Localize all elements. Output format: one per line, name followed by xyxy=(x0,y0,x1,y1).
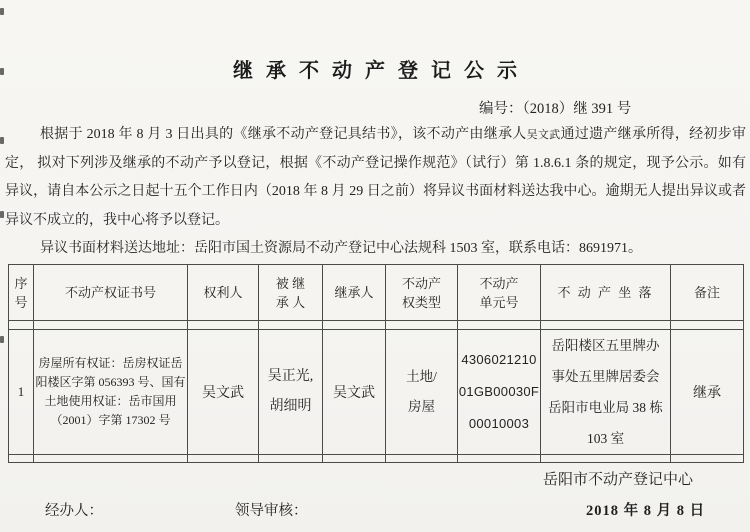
column-header-remark: 备注 xyxy=(671,265,744,321)
column-header-cert-no: 不动产权证书号 xyxy=(34,265,188,321)
separator-row xyxy=(9,455,744,463)
issuing-org: 岳阳市不动产登记中心 xyxy=(543,468,693,489)
column-header-heir: 继承人 xyxy=(323,265,386,321)
scan-artifact xyxy=(0,211,4,218)
doc-number: 编号：（2018）继 391 号 xyxy=(479,97,631,118)
column-header-seq: 序 号 xyxy=(9,265,34,321)
reviewer-label: 领导审核： xyxy=(235,499,308,520)
location-cell: 岳阳楼区五里牌办 事处五里牌居委会 岳阳市电业局 38 栋 103 室 xyxy=(541,330,671,455)
notice-paragraph: 根据于 2018 年 8 月 3 日出具的《继承不动产登记具结书》，该不动产由继… xyxy=(5,121,746,235)
table-header-row: 序 号 不动产权证书号 权利人 被 继 承 人 继承人 不动产 权类型 不动产 … xyxy=(9,265,744,321)
registration-table: 序 号 不动产权证书号 权利人 被 继 承 人 继承人 不动产 权类型 不动产 … xyxy=(8,264,744,463)
seq-cell: 1 xyxy=(9,330,34,455)
notice-text-before-name: 根据于 2018 年 8 月 3 日出具的《继承不动产登记具结书》，该不动产由继… xyxy=(40,127,527,142)
scan-artifact xyxy=(0,137,4,144)
table-row: 1 房屋所有权证：岳房权证岳阳楼区字第 056393 号、国有土地使用权证：岳市… xyxy=(9,330,744,455)
heir-name-inline: 吴文武 xyxy=(527,129,561,141)
operator-label: 经办人： xyxy=(45,499,103,520)
page-title: 继承不动产登记公示 xyxy=(0,54,750,83)
cert-no-cell: 房屋所有权证：岳房权证岳阳楼区字第 056393 号、国有土地使用权证：岳市国用… xyxy=(34,330,188,455)
scan-artifact xyxy=(0,8,4,15)
notice-body: 根据于 2018 年 8 月 3 日出具的《继承不动产登记具结书》，该不动产由继… xyxy=(5,121,746,264)
heir-cell: 吴文武 xyxy=(323,330,386,455)
column-header-decedent: 被 继 承 人 xyxy=(259,265,323,321)
notice-text-after-name: 通过遗产继承所得，经初步审定， 拟对下列涉及继承的不动产予以登记，根据《不动产登… xyxy=(5,127,746,228)
remark-cell: 继承 xyxy=(671,330,744,455)
right-holder-cell: 吴文武 xyxy=(188,330,259,455)
column-header-unit-no: 不动产 单元号 xyxy=(458,265,541,321)
column-header-location: 不 动 产 坐 落 xyxy=(541,265,671,321)
unit-no-cell: 4306021210 01GB00030F 00010003 xyxy=(458,330,541,455)
issue-date: 2018 年 8 月 8 日 xyxy=(586,499,705,520)
scan-artifact xyxy=(0,336,4,343)
scanned-notice-page: 继承不动产登记公示 编号：（2018）继 391 号 根据于 2018 年 8 … xyxy=(0,0,750,532)
decedent-cell: 吴正光, 胡细明 xyxy=(259,330,323,455)
property-type-cell: 土地/ 房屋 xyxy=(386,330,458,455)
separator-row xyxy=(9,321,744,330)
column-header-right-holder: 权利人 xyxy=(188,265,259,321)
column-header-property-type: 不动产 权类型 xyxy=(386,265,458,321)
address-line: 异议书面材料送达地址：岳阳市国土资源局不动产登记中心法规科 1503 室，联系电… xyxy=(5,235,746,264)
